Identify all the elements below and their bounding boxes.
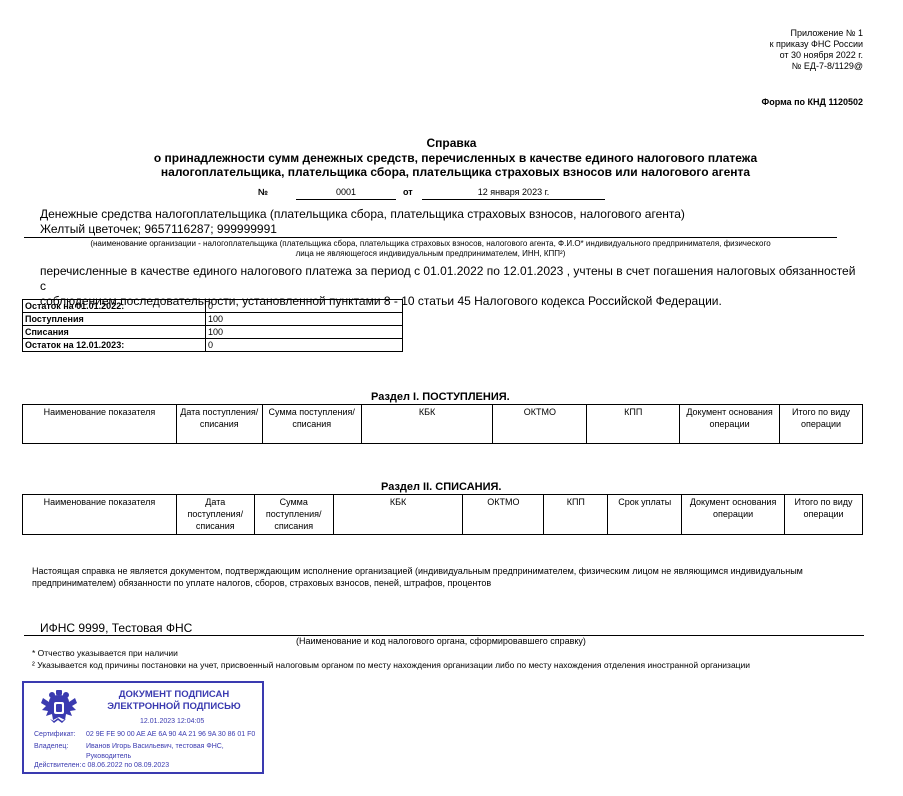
- payer-note-line: (наименование организации - налогоплател…: [24, 239, 837, 249]
- balance-label: Остаток на 12.01.2023:: [23, 339, 206, 352]
- payer-note: (наименование организации - налогоплател…: [24, 239, 837, 259]
- column-header: Документ основания операции: [680, 405, 780, 444]
- column-header: КБК: [361, 405, 493, 444]
- stamp-value: с 08.06.2022 по 08.09.2023: [82, 761, 169, 770]
- payer-underline: [24, 237, 837, 238]
- footnote-2: ² Указывается код причины постановки на …: [32, 660, 750, 670]
- balance-value: 0: [206, 300, 403, 313]
- disclaimer-line: Настоящая справка не является документом…: [32, 565, 852, 577]
- disclaimer: Настоящая справка не является документом…: [32, 565, 852, 589]
- title-line: Справка: [0, 136, 903, 151]
- payer-intro: Денежные средства налогоплательщика (пла…: [40, 207, 685, 222]
- document-number: 0001: [296, 187, 396, 200]
- balance-label: Списания: [23, 326, 206, 339]
- column-header: Наименование показателя: [23, 495, 177, 535]
- table-row: Поступления 100: [23, 313, 403, 326]
- stamp-heading-line: ДОКУМЕНТ ПОДПИСАН: [94, 689, 254, 701]
- table-row: Остаток на 12.01.2023: 0: [23, 339, 403, 352]
- stamp-value: Руководитель: [86, 752, 131, 761]
- column-header: КПП: [544, 495, 608, 535]
- balance-label: Поступления: [23, 313, 206, 326]
- column-header: КБК: [333, 495, 463, 535]
- payer-block: Денежные средства налогоплательщика (пла…: [40, 207, 685, 237]
- balance-value: 100: [206, 326, 403, 339]
- stamp-label: Действителен:: [34, 761, 81, 770]
- column-header: Сумма поступления/ списания: [254, 495, 333, 535]
- column-header: Срок уплаты: [608, 495, 682, 535]
- table-header-row: Наименование показателя Дата поступления…: [23, 495, 863, 535]
- date-label: от: [403, 187, 413, 197]
- column-header: Документ основания операции: [682, 495, 785, 535]
- table-row: Списания 100: [23, 326, 403, 339]
- document-date: 12 января 2023 г.: [422, 187, 605, 200]
- column-header: Дата поступления/ списания: [176, 405, 262, 444]
- stamp-heading-line: ЭЛЕКТРОННОЙ ПОДПИСЬЮ: [94, 701, 254, 713]
- tax-authority-note: (Наименование и код налогового органа, с…: [296, 636, 586, 646]
- appendix-line: к приказу ФНС России: [770, 39, 863, 50]
- table-row: Остаток на 01.01.2022: 0: [23, 300, 403, 313]
- stamp-value: Иванов Игорь Васильевич, тестовая ФНС,: [86, 742, 224, 751]
- appendix-line: от 30 ноября 2022 г.: [770, 50, 863, 61]
- section1-title: Раздел I. ПОСТУПЛЕНИЯ.: [371, 391, 510, 403]
- appendix-reference: Приложение № 1 к приказу ФНС России от 3…: [770, 28, 863, 72]
- stamp-timestamp: 12.01.2023 12:04:05: [140, 718, 204, 725]
- payer-name: Желтый цветочек; 9657116287; 999999991: [40, 222, 685, 237]
- footnote-1: * Отчество указывается при наличии: [32, 648, 178, 658]
- title-line: налогоплательщика, плательщика сбора, пл…: [8, 165, 903, 180]
- electronic-signature-stamp: ДОКУМЕНТ ПОДПИСАН ЭЛЕКТРОННОЙ ПОДПИСЬЮ 1…: [22, 681, 264, 774]
- table-header-row: Наименование показателя Дата поступления…: [23, 405, 863, 444]
- title-line: о принадлежности сумм денежных средств, …: [8, 151, 903, 166]
- column-header: КПП: [587, 405, 680, 444]
- payer-note-line: лица не являющегося индивидуальным предп…: [24, 249, 837, 259]
- section2-title: Раздел II. СПИСАНИЯ.: [381, 481, 501, 493]
- coat-of-arms-icon: [40, 689, 78, 725]
- stamp-value: 02 9E FE 90 00 AE AE 6A 90 4A 21 96 9A 3…: [86, 730, 255, 739]
- stamp-heading: ДОКУМЕНТ ПОДПИСАН ЭЛЕКТРОННОЙ ПОДПИСЬЮ: [94, 689, 254, 713]
- appendix-line: Приложение № 1: [770, 28, 863, 39]
- balance-label: Остаток на 01.01.2022:: [23, 300, 206, 313]
- document-title: Справка о принадлежности сумм денежных с…: [0, 136, 903, 180]
- tax-authority-name: ИФНС 9999, Тестовая ФНС: [40, 621, 192, 635]
- section1-table: Наименование показателя Дата поступления…: [22, 404, 863, 444]
- balance-value: 100: [206, 313, 403, 326]
- stamp-label: Владелец:: [34, 742, 68, 751]
- section2-table: Наименование показателя Дата поступления…: [22, 494, 863, 535]
- number-label: №: [258, 187, 268, 197]
- column-header: Итого по виду операции: [780, 405, 863, 444]
- column-header: Итого по виду операции: [785, 495, 863, 535]
- balance-table: Остаток на 01.01.2022: 0 Поступления 100…: [22, 299, 403, 352]
- stamp-label: Сертификат:: [34, 730, 76, 739]
- column-header: ОКТМО: [463, 495, 544, 535]
- form-code: Форма по КНД 1120502: [762, 97, 863, 107]
- disclaimer-line: предпринимателем) обязанности по уплате …: [32, 577, 852, 589]
- column-header: Дата поступления/ списания: [176, 495, 254, 535]
- appendix-line: № ЕД-7-8/1129@: [770, 61, 863, 72]
- column-header: Наименование показателя: [23, 405, 177, 444]
- period-line: перечисленные в качестве единого налогов…: [40, 264, 860, 294]
- column-header: ОКТМО: [493, 405, 587, 444]
- column-header: Сумма поступления/ списания: [262, 405, 361, 444]
- balance-value: 0: [206, 339, 403, 352]
